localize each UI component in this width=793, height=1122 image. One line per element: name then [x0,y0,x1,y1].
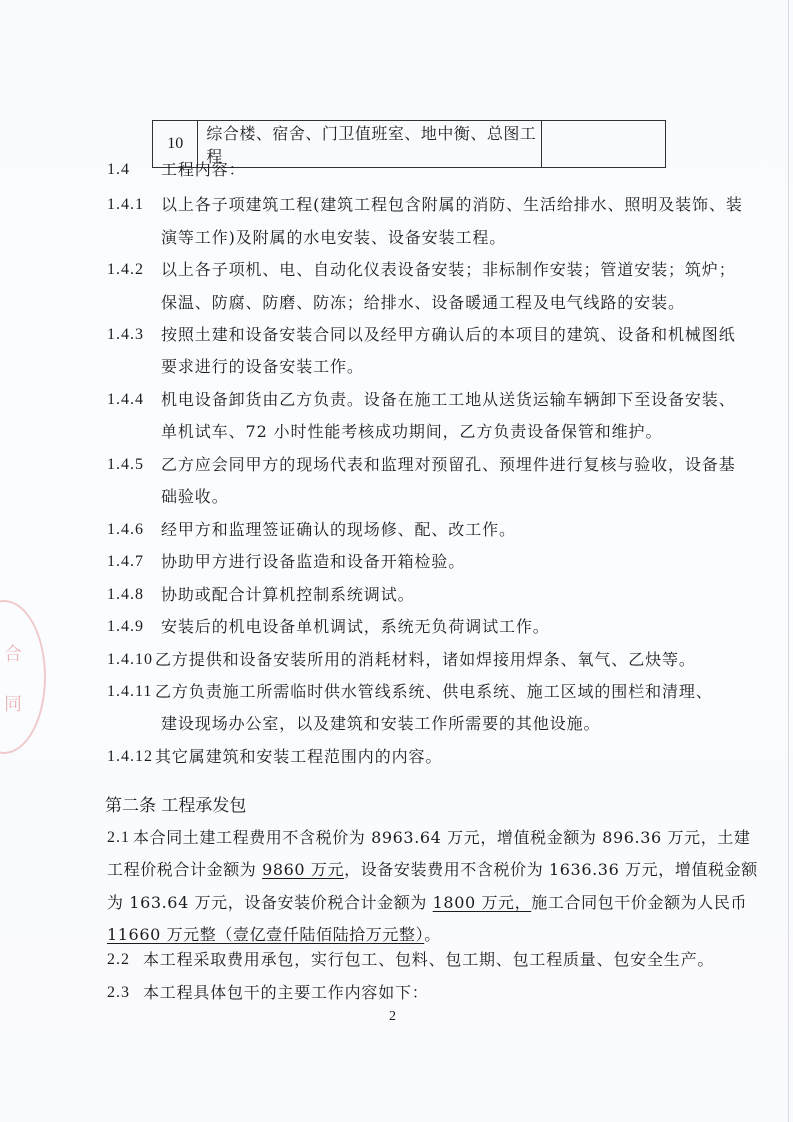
item-text: 经甲方和监理签证确认的现场修、配、改工作。 [161,520,516,540]
clause-text: 本工程采取费用承包，实行包工、包料、包工期、包工程质量、包安全生产。 [143,950,714,970]
item-number: 1.4.6 [107,520,144,540]
clause-text: 本合同土建工程费用不含税价为 8963.64 万元，增值税金额为 896.36 … [133,828,751,848]
clause-text-part: 。 [424,925,441,944]
item-text: 安装后的机电设备单机调试，系统无负荷调试工作。 [161,617,550,637]
item-number: 1.4.9 [107,617,144,637]
section-number: 1.4 [107,160,130,180]
item-text: 演等工作)及附属的水电安装、设备安装工程。 [161,228,506,248]
item-number: 1.4.5 [107,455,144,475]
clause-number: 2.1 [107,828,130,848]
item-text: 以上各子项建筑工程(建筑工程包含附属的消防、生活给排水、照明及装饰、装 [161,195,743,215]
item-number: 1.4.10 [107,650,153,670]
item-number: 1.4.2 [107,260,144,280]
stamp-char: 同 [4,690,22,716]
item-text: 建设现场办公室，以及建筑和安装工作所需要的其他设施。 [161,714,600,734]
clause-text: 11660 万元整（壹亿壹仟陆佰陆拾万元整）。 [107,925,441,945]
page-number: 2 [389,1009,396,1025]
item-number: 1.4.1 [107,195,144,215]
item-text: 机电设备卸货由乙方负责。设备在施工工地从送货运输车辆卸下至设备安装、 [161,390,736,410]
document-page: 合 同 10 综合楼、宿舍、门卫值班室、地中衡、总图工程 1.4 工程内容： 1… [0,0,793,1122]
table-cell-name: 综合楼、宿舍、门卫值班室、地中衡、总图工程 [198,121,542,168]
clause-text-part: 为 163.64 万元，设备安装价税合计金额为 [107,893,433,912]
item-number: 1.4.7 [107,552,144,572]
clause-text-part: 工程价税合计金额为 [107,860,262,879]
install-total-amount: 1800 万元， [433,893,532,912]
item-text: 协助甲方进行设备监造和设备开箱检验。 [161,552,465,572]
contract-total-amount: 11660 万元整（壹亿壹仟陆佰陆拾万元整） [107,925,424,944]
item-text: 协助或配合计算机控制系统调试。 [161,585,415,605]
clause-text: 为 163.64 万元，设备安装价税合计金额为 1800 万元，施工合同包干价金… [107,893,747,913]
item-text: 以上各子项机、电、自动化仪表设备安装；非标制作安装；管道安装；筑炉； [161,260,736,280]
item-text: 按照土建和设备安装合同以及经甲方确认后的本项目的建筑、设备和机械图纸 [161,325,736,345]
item-text: 其它属建筑和安装工程范围内的内容。 [155,747,442,767]
red-seal-stamp: 合 同 [0,600,46,754]
item-number: 1.4.8 [107,585,144,605]
stamp-char: 合 [4,640,22,666]
clause-number: 2.2 [107,950,130,970]
clause-text-part: 施工合同包干价金额为人民币 [531,893,747,912]
page-edge [788,0,789,1122]
item-number: 1.4.3 [107,325,144,345]
item-number: 1.4.11 [107,682,152,702]
clause-text: 本工程具体包干的主要工作内容如下： [143,983,429,1003]
civil-total-amount: 9860 万元 [262,860,344,879]
item-text: 乙方负责施工所需临时供水管线系统、供电系统、施工区域的围栏和清理、 [155,682,713,702]
item-text: 础验收。 [161,487,229,507]
item-text: 乙方应会同甲方的现场代表和监理对预留孔、预埋件进行复核与验收，设备基 [161,455,736,475]
clause-number: 2.3 [107,983,130,1003]
section-title: 工程内容： [161,160,246,180]
article-heading: 第二条 工程承发包 [105,796,246,816]
table-cell-note [542,121,666,168]
item-text: 单机试车、72 小时性能考核成功期间，乙方负责设备保管和维护。 [161,422,662,442]
item-text: 要求进行的设备安装工作。 [161,357,364,377]
clause-text-part: ，设备安装费用不含税价为 1636.36 万元，增值税金额 [344,860,758,879]
item-number: 1.4.4 [107,390,144,410]
item-text: 保温、防腐、防磨、防冻；给排水、设备暖通工程及电气线路的安装。 [161,293,685,313]
item-number: 1.4.12 [107,747,153,767]
item-text: 乙方提供和设备安装所用的消耗材料，诸如焊接用焊条、氧气、乙炔等。 [155,650,696,670]
clause-text: 工程价税合计金额为 9860 万元，设备安装费用不含税价为 1636.36 万元… [107,860,758,880]
